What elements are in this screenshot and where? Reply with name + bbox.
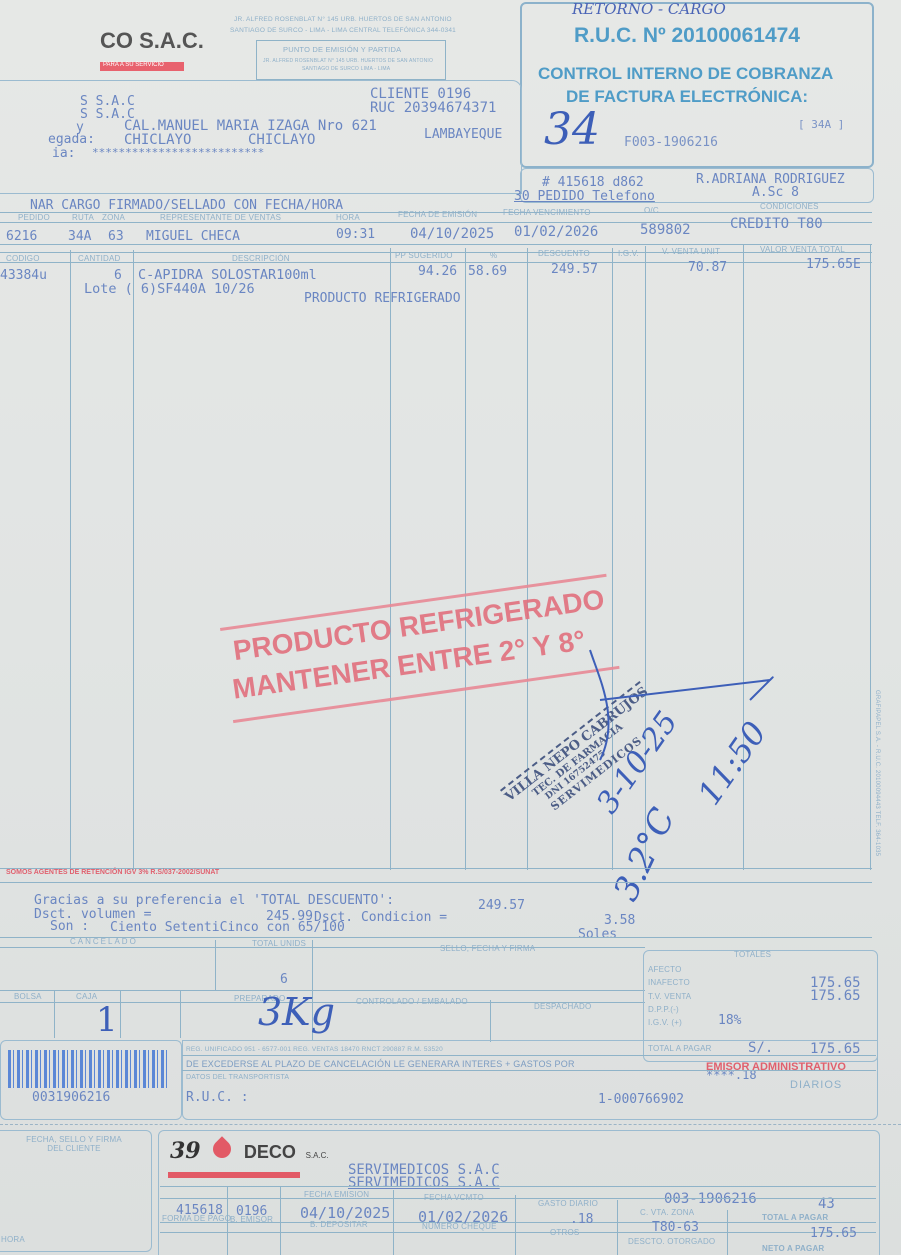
logo-text: CO S.A.C.: [100, 28, 204, 53]
ruc-box: RETORNO - CARGO R.U.C. Nº 20100061474 CO…: [520, 2, 874, 168]
barcode-number: 0031906216: [32, 1090, 110, 1105]
item-note: PRODUCTO REFRIGERADO: [304, 291, 461, 306]
total-discount: 249.57: [478, 898, 525, 913]
totals-tventa: 175.65: [810, 988, 861, 1004]
control-title-2: DE FACTURA ELECTRÓNICA:: [566, 87, 808, 107]
company-address-line1: JR. ALFRED ROSENBLAT N° 145 URB. HUERTOS…: [234, 16, 452, 23]
meta-conditions: CREDITO T80: [730, 216, 823, 232]
item-total: 175.65E: [806, 257, 861, 272]
meta-ruta: 34A: [68, 229, 91, 244]
drop-icon: [210, 1136, 235, 1161]
arrival-label: egada:: [48, 132, 95, 147]
stub-company-2: SERVIMEDICOS S.A.C: [348, 1175, 500, 1191]
handwritten-34: 34: [544, 104, 600, 155]
barcode: [8, 1050, 170, 1088]
transport-ruc-label: R.U.C. :: [186, 1090, 249, 1105]
order-type: 30 PEDIDO Telefono: [514, 189, 655, 204]
emission-point-box: PUNTO DE EMISIÓN Y PARTIDA JR. ALFRED RO…: [256, 40, 446, 80]
registry-line: REG. UNIFICADO 951 - 6577-001 REG. VENTA…: [186, 1046, 443, 1053]
total-units: 6: [280, 972, 288, 987]
item-percent: 58.69: [468, 264, 507, 279]
preparado-signature: 3Kg: [258, 990, 335, 1034]
condition-discount: 3.58: [604, 913, 635, 928]
meta-hora: 09:31: [336, 227, 375, 242]
client-ref-label: ia:: [52, 146, 75, 161]
amount-in-words: Ciento SetentiCinco con 65/100: [110, 920, 345, 935]
client-ref-value: **************************: [92, 146, 264, 159]
meta-pedido: 6216: [6, 229, 37, 244]
totals-igv: 18%: [718, 1013, 741, 1028]
invoice-number: F003-1906216: [624, 135, 718, 150]
meta-fecha-emision: 04/10/2025: [410, 226, 494, 242]
order-ref: # 415618 d862: [542, 175, 644, 190]
stub-gasto: .18: [570, 1212, 593, 1227]
control-title-1: CONTROL INTERNO DE COBRANZA: [538, 64, 833, 84]
item-pp-sugerido: 94.26: [418, 264, 457, 279]
meta-rep: MIGUEL CHECA: [146, 229, 240, 244]
item-code: 43384u: [0, 268, 47, 283]
interest-notice: DE EXCEDERSE AL PLAZO DE CANCELACIÓN LE …: [186, 1059, 575, 1069]
client-region: LAMBAYEQUE: [424, 127, 502, 142]
item-unit-price: 70.87: [688, 260, 727, 275]
logo-tagline-bar: PARA A SU SERVICIO: [100, 62, 184, 71]
stub-logo: 39 DECO S.A.C.: [170, 1138, 329, 1164]
item-lot: Lote ( 6)SF440A 10/26: [84, 281, 255, 297]
meta-oc: 589802: [640, 222, 691, 238]
stub-invoice-ref: 003-1906216: [664, 1191, 757, 1207]
caja-handwritten: 1: [96, 1000, 118, 1040]
company-logo: CO S.A.C.: [100, 28, 204, 54]
item-discount: 249.57: [551, 262, 598, 277]
client-ruc: RUC 20394674371: [370, 100, 496, 116]
route-code: [ 34A ]: [798, 118, 844, 131]
invoice-document: CO S.A.C. PARA A SU SERVICIO JR. ALFRED …: [0, 0, 901, 1255]
stub-total: 175.65: [810, 1226, 857, 1241]
currency-words: Soles: [578, 927, 617, 942]
retention-notice: SOMOS AGENTES DE RETENCIÓN IGV 3% R.S/03…: [6, 869, 219, 876]
transport-ref: 1-000766902: [598, 1092, 684, 1107]
stub-logo-bar: [168, 1172, 300, 1178]
printer-side-text: GRAFIPAPEL S.A. - R.U.C. 20100094443 Tel…: [874, 690, 880, 856]
signature-stroke: [560, 640, 790, 820]
order-notice: NAR CARGO FIRMADO/SELLADO CON FECHA/HORA: [30, 198, 343, 213]
company-address-line2: SANTIAGO DE SURCO - LIMA - LIMA CENTRAL …: [230, 27, 456, 34]
handwritten-cargo: RETORNO - CARGO: [572, 0, 726, 18]
meta-zona: 63: [108, 229, 124, 244]
stub-zona: T80-63: [652, 1220, 699, 1235]
ruc-number: R.U.C. Nº 20100061474: [574, 24, 800, 48]
client-sign-box: FECHA, SELLO Y FIRMA DEL CLIENTE HORA: [0, 1130, 152, 1252]
meta-fecha-venc: 01/02/2026: [514, 224, 598, 240]
order-a-sc: A.Sc 8: [752, 185, 799, 200]
tear-line: [0, 1124, 901, 1125]
